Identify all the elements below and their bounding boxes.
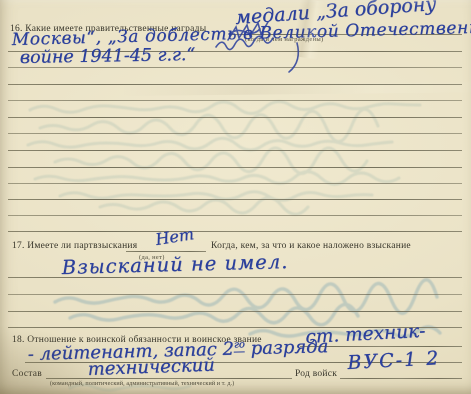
- ruled-line: [8, 150, 462, 151]
- hw-rod-voisk-answer: ВУС-1 2: [347, 347, 441, 374]
- hw-q16-answer-line3: войне 1941-45 г.г.“: [20, 45, 196, 68]
- hw-q17-answer-short: Нет: [154, 224, 195, 249]
- hw-sostav-answer: технический: [87, 355, 215, 380]
- question-17-label: 17. Имеете ли партвзыскания: [12, 241, 137, 251]
- ruled-line: [8, 167, 462, 168]
- sostav-label: Состав: [12, 369, 42, 379]
- question-17-label2: Когда, кем, за что и какое наложено взыс…: [211, 241, 411, 251]
- ruled-line: [8, 84, 462, 85]
- ruled-line: [8, 67, 462, 68]
- scanned-form-page: 16. Какие имеете правительственные награ…: [0, 0, 471, 394]
- ruled-line: [8, 311, 462, 312]
- rod-voisk-label: Род войск: [295, 369, 337, 379]
- ruled-line: [8, 117, 462, 118]
- ruled-line: [8, 133, 462, 134]
- ruled-line: [8, 215, 462, 216]
- sostav-hint: (командный, политический, административн…: [50, 381, 234, 387]
- hw-q18-answer-line2-sup: го: [234, 339, 245, 352]
- ruled-line: [8, 231, 462, 232]
- ruled-line: [8, 100, 462, 101]
- ruled-line: [46, 378, 292, 379]
- ruled-line: [8, 183, 462, 184]
- ruled-line: [8, 199, 462, 200]
- hw-q17-answer: Взысканий не имел.: [61, 250, 288, 279]
- ruled-line: [8, 294, 462, 295]
- hw-q18-answer-line2-part2: разряда: [245, 336, 329, 359]
- ruled-line: [340, 378, 462, 379]
